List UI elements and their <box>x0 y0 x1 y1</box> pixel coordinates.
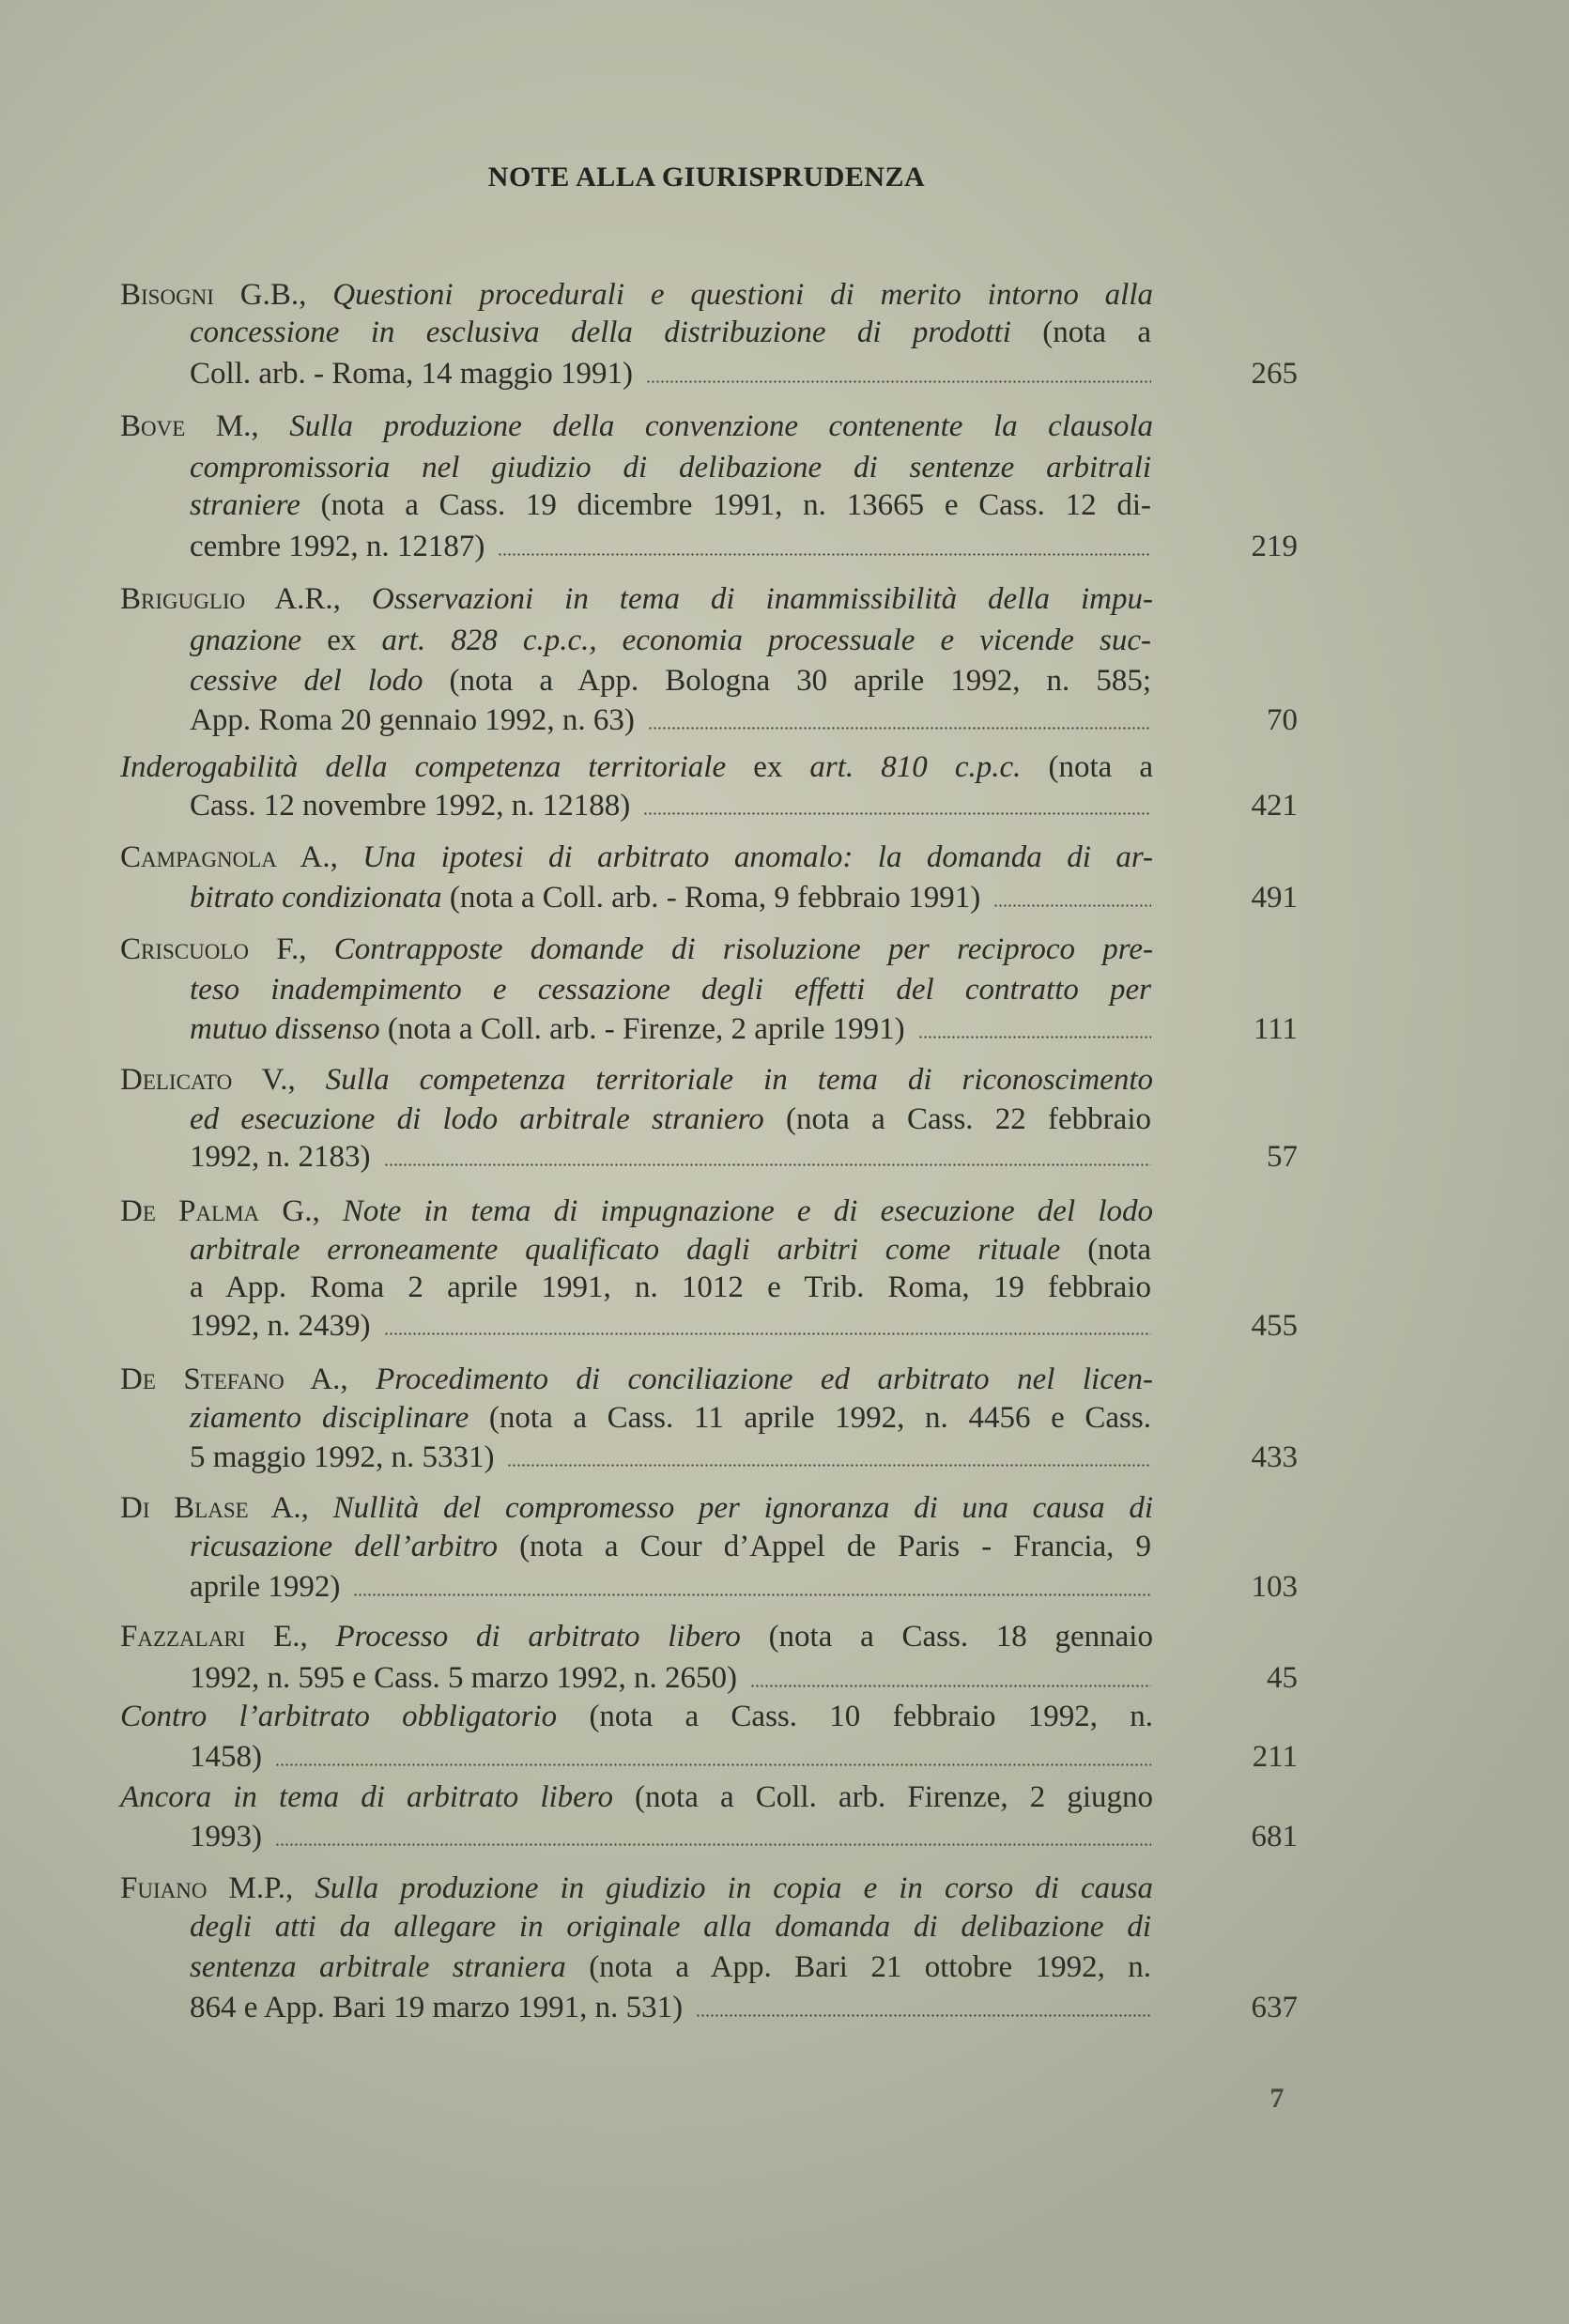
entry-line-text: Briguglio A.R., Osservazioni in tema di … <box>120 582 1153 616</box>
citation-text: (nota a Cass. 19 dicembre 1991, n. 13665… <box>300 488 1151 522</box>
article-title-text: Osservazioni in tema di inammissibilità … <box>372 582 1153 616</box>
citation-text: Cass. 12 novembre 1992, n. 12188) <box>190 789 630 823</box>
entry-line-text: bitrato condizionata (nota a Coll. arb. … <box>190 879 980 916</box>
entry-line-text: 1992, n. 2439) <box>190 1307 371 1345</box>
entry-line: degli atti da allegare in originale alla… <box>190 1908 1151 1946</box>
citation-text: 1992, n. 2439) <box>190 1309 371 1343</box>
article-title-text: degli atti da allegare in originale alla… <box>190 1910 1151 1944</box>
entry-line-text: mutuo dissenso (nota a Coll. arb. - Fire… <box>190 1010 905 1048</box>
entry-line-text: ziamento disciplinare (nota a Cass. 11 a… <box>190 1401 1151 1435</box>
dot-leader <box>384 1332 1152 1335</box>
entry-line-text: Bove M., Sulla produzione della convenzi… <box>120 409 1153 443</box>
page-reference: 455 <box>1221 1307 1298 1345</box>
entry-line: Fazzalari E., Processo di arbitrato libe… <box>120 1618 1153 1655</box>
author-surname: Bove <box>120 409 185 443</box>
article-title-text: arbitrale erroneamente qualificato dagli… <box>190 1233 1060 1267</box>
entry-line: mutuo dissenso (nota a Coll. arb. - Fire… <box>190 1010 1151 1048</box>
entry-line: Bisogni G.B., Questioni procedurali e qu… <box>120 276 1153 314</box>
entry-line-text: De Stefano A., Procedimento di conciliaz… <box>120 1362 1153 1396</box>
article-title-text: Nullità del compromesso per ignoranza di… <box>333 1491 1153 1525</box>
entry-line-text: cembre 1992, n. 12187) <box>190 528 485 565</box>
entry-line: 1993) <box>190 1818 1151 1855</box>
citation-text: 1992, n. 595 e Cass. 5 marzo 1992, n. 26… <box>190 1661 737 1695</box>
entry-line-text: degli atti da allegare in originale alla… <box>190 1910 1151 1944</box>
citation-text: (nota a Cass. 11 aprile 1992, n. 4456 e … <box>469 1401 1151 1435</box>
entry-line-text: 5 maggio 1992, n. 5331) <box>190 1439 494 1476</box>
entry-line-text: Delicato V., Sulla competenza territoria… <box>120 1063 1153 1097</box>
dot-leader <box>353 1593 1151 1596</box>
article-title-text: ed esecuzione di lodo arbitrale stranier… <box>190 1102 764 1136</box>
entry-line: Ancora in tema di arbitrato libero (nota… <box>120 1778 1153 1816</box>
entry-line: De Stefano A., Procedimento di conciliaz… <box>120 1361 1153 1398</box>
citation-text: 864 e App. Bari 19 marzo 1991, n. 531) <box>190 1991 683 2024</box>
entry-line-text: 864 e App. Bari 19 marzo 1991, n. 531) <box>190 1989 683 2026</box>
entry-line-text: arbitrale erroneamente qualificato dagli… <box>190 1233 1151 1267</box>
dot-leader <box>643 812 1151 815</box>
entry-line-text: Fuiano M.P., Sulla produzione in giudizi… <box>120 1871 1153 1905</box>
author-surname: De Palma <box>120 1194 259 1228</box>
article-title-text: Contro l’arbitrato obbligatorio <box>120 1700 557 1733</box>
citation-text: (nota a Cass. 18 gennaio <box>741 1620 1153 1654</box>
author-surname: Fazzalari <box>120 1620 245 1654</box>
entry-line-text: 1993) <box>190 1818 262 1855</box>
citation-text: E., <box>245 1620 335 1654</box>
entry-line-text: App. Roma 20 gennaio 1992, n. 63) <box>190 701 635 739</box>
page-reference: 491 <box>1221 879 1298 916</box>
entry-line-text: teso inadempimento e cessazione degli ef… <box>190 973 1151 1007</box>
entry-line-text: Campagnola A., Una ipotesi di arbitrato … <box>120 840 1153 874</box>
entry-line-text: Fazzalari E., Processo di arbitrato libe… <box>120 1620 1153 1654</box>
citation-text: F., <box>249 932 334 966</box>
entry-line: 1992, n. 595 e Cass. 5 marzo 1992, n. 26… <box>190 1659 1151 1697</box>
citation-text: (nota a App. Bologna 30 aprile 1992, n. … <box>423 664 1151 698</box>
entry-line: De Palma G., Note in tema di impugnazion… <box>120 1193 1153 1230</box>
page-number: 7 <box>1258 2083 1296 2115</box>
author-surname: Delicato <box>120 1063 232 1097</box>
article-title-text: Sulla produzione in giudizio in copia e … <box>315 1871 1153 1905</box>
citation-text: 5 maggio 1992, n. 5331) <box>190 1440 494 1474</box>
article-title-text: art. 828 c.p.c., economia processuale e … <box>381 623 1151 657</box>
article-title-text: cessive del lodo <box>190 664 423 698</box>
entry-line-text: ed esecuzione di lodo arbitrale stranier… <box>190 1102 1151 1136</box>
author-surname: De Stefano <box>120 1362 285 1396</box>
citation-text: (nota a Coll. arb. Firenze, 2 giugno <box>613 1780 1153 1814</box>
page-reference: 421 <box>1221 787 1298 824</box>
entry-line: a App. Roma 2 aprile 1991, n. 1012 e Tri… <box>190 1269 1151 1306</box>
entry-line: App. Roma 20 gennaio 1992, n. 63) <box>190 701 1151 739</box>
article-title-text: mutuo dissenso <box>190 1012 380 1046</box>
citation-text: (nota a <box>1021 750 1153 784</box>
entry-line-text: Cass. 12 novembre 1992, n. 12188) <box>190 787 630 824</box>
citation-text: A., <box>277 840 362 874</box>
citation-text: A., <box>285 1362 376 1396</box>
author-surname: Campagnola <box>120 840 277 874</box>
citation-text: a App. Roma 2 aprile 1991, n. 1012 e Tri… <box>190 1270 1151 1304</box>
entry-line: cembre 1992, n. 12187) <box>190 528 1151 565</box>
entry-line: Coll. arb. - Roma, 14 maggio 1991) <box>190 355 1151 392</box>
article-title-text: Inderogabilità della competenza territor… <box>120 750 726 784</box>
book-page: NOTE ALLA GIURISPRUDENZA Bisogni G.B., Q… <box>0 0 1569 2324</box>
entry-line: sentenza arbitrale straniera (nota a App… <box>190 1948 1151 1986</box>
article-title-text: straniere <box>190 488 300 522</box>
citation-text: V., <box>232 1063 326 1097</box>
author-surname: Briguglio <box>120 582 245 616</box>
entry-line: ricusazione dell’arbitro (nota a Cour d’… <box>190 1528 1151 1565</box>
author-surname: Di Blase <box>120 1491 249 1525</box>
article-title-text: Procedimento di conciliazione ed arbitra… <box>376 1362 1153 1396</box>
entry-line-text: Bisogni G.B., Questioni procedurali e qu… <box>120 278 1153 312</box>
page-title: NOTE ALLA GIURISPRUDENZA <box>0 162 1413 193</box>
article-title-text: Una ipotesi di arbitrato anomalo: la dom… <box>362 840 1153 874</box>
dot-leader <box>918 1036 1151 1039</box>
entry-line: 5 maggio 1992, n. 5331) <box>190 1439 1151 1476</box>
page-reference: 681 <box>1221 1818 1298 1855</box>
entry-line: ed esecuzione di lodo arbitrale stranier… <box>190 1100 1151 1138</box>
entry-line: arbitrale erroneamente qualificato dagli… <box>190 1231 1151 1269</box>
entry-line: Contro l’arbitrato obbligatorio (nota a … <box>120 1698 1153 1735</box>
entry-line-text: straniere (nota a Cass. 19 dicembre 1991… <box>190 488 1151 522</box>
entry-line: aprile 1992) <box>190 1568 1151 1606</box>
entry-line-text: aprile 1992) <box>190 1568 340 1606</box>
citation-text: ex <box>301 623 381 657</box>
article-title-text: Note in tema di impugnazione e di esecuz… <box>343 1194 1153 1228</box>
entry-line-text: 1458) <box>190 1738 262 1776</box>
entry-line: Bove M., Sulla produzione della convenzi… <box>120 408 1153 445</box>
article-title-text: Ancora in tema di arbitrato libero <box>120 1780 613 1814</box>
entry-line: Inderogabilità della competenza territor… <box>120 748 1153 786</box>
entry-line: gnazione ex art. 828 c.p.c., economia pr… <box>190 622 1151 659</box>
page-reference: 70 <box>1221 701 1298 739</box>
citation-text: cembre 1992, n. 12187) <box>190 530 485 563</box>
dot-leader <box>275 1843 1151 1846</box>
citation-text: (nota a <box>1011 316 1151 349</box>
page-reference: 219 <box>1221 528 1298 565</box>
article-title-text: concessione in esclusiva della distribuz… <box>190 316 1011 349</box>
entry-line-text: 1992, n. 595 e Cass. 5 marzo 1992, n. 26… <box>190 1659 737 1697</box>
citation-text: G., <box>259 1194 343 1228</box>
entry-line: 1992, n. 2183) <box>190 1138 1151 1176</box>
entry-line-text: ricusazione dell’arbitro (nota a Cour d’… <box>190 1530 1151 1563</box>
dot-leader <box>646 380 1151 383</box>
article-title-text: Contrapposte domande di risoluzione per … <box>334 932 1153 966</box>
citation-text: (nota a Cour d’Appel de Paris - Francia,… <box>498 1530 1151 1563</box>
citation-text: ex <box>726 750 809 784</box>
citation-text: (nota a Coll. arb. - Firenze, 2 aprile 1… <box>380 1012 905 1046</box>
article-title-text: Sulla competenza territoriale in tema di… <box>326 1063 1153 1097</box>
entry-line-text: gnazione ex art. 828 c.p.c., economia pr… <box>190 623 1151 657</box>
entry-line-text: Inderogabilità della competenza territor… <box>120 750 1153 784</box>
page-reference: 211 <box>1221 1738 1298 1776</box>
article-title-text: ziamento disciplinare <box>190 1401 469 1435</box>
page-reference: 637 <box>1221 1989 1298 2026</box>
article-title-text: teso inadempimento e cessazione degli ef… <box>190 973 1151 1007</box>
entry-line: bitrato condizionata (nota a Coll. arb. … <box>190 879 1151 916</box>
citation-text: (nota a Cass. 10 febbraio 1992, n. <box>557 1700 1153 1733</box>
page-reference: 433 <box>1221 1439 1298 1476</box>
entry-line: Campagnola A., Una ipotesi di arbitrato … <box>120 839 1153 876</box>
entry-line-text: cessive del lodo (nota a App. Bologna 30… <box>190 664 1151 698</box>
citation-text: A.R., <box>245 582 372 616</box>
entry-line: Cass. 12 novembre 1992, n. 12188) <box>190 787 1151 824</box>
entry-line-text: Criscuolo F., Contrapposte domande di ri… <box>120 932 1153 966</box>
entry-line-text: 1992, n. 2183) <box>190 1138 371 1176</box>
article-title-text: ricusazione dell’arbitro <box>190 1530 498 1563</box>
citation-text: Coll. arb. - Roma, 14 maggio 1991) <box>190 357 633 391</box>
entry-line: Criscuolo F., Contrapposte domande di ri… <box>120 931 1153 968</box>
entry-line-text: Coll. arb. - Roma, 14 maggio 1991) <box>190 355 633 392</box>
dot-leader <box>648 727 1151 730</box>
citation-text: (nota a App. Bari 21 ottobre 1992, n. <box>566 1950 1151 1984</box>
page-reference: 45 <box>1221 1659 1298 1697</box>
citation-text: 1992, n. 2183) <box>190 1140 371 1174</box>
dot-leader <box>507 1464 1151 1467</box>
entry-line: compromissoria nel giudizio di delibazio… <box>190 449 1151 486</box>
article-title-text: art. 810 c.p.c. <box>809 750 1021 784</box>
dot-leader <box>384 1163 1152 1166</box>
citation-text: (nota a Coll. arb. - Roma, 9 febbraio 19… <box>442 881 981 915</box>
author-surname: Criscuolo <box>120 932 249 966</box>
citation-text: (nota <box>1060 1233 1151 1267</box>
article-title-text: gnazione <box>190 623 301 657</box>
page-reference: 57 <box>1221 1138 1298 1176</box>
citation-text: aprile 1992) <box>190 1570 340 1604</box>
article-title-text: bitrato condizionata <box>190 881 442 915</box>
article-title-text: Sulla produzione della convenzione conte… <box>289 409 1153 443</box>
entry-line-text: Ancora in tema di arbitrato libero (nota… <box>120 1780 1153 1814</box>
citation-text: App. Roma 20 gennaio 1992, n. 63) <box>190 703 635 737</box>
entry-line: teso inadempimento e cessazione degli ef… <box>190 971 1151 1008</box>
entry-line: ziamento disciplinare (nota a Cass. 11 a… <box>190 1399 1151 1437</box>
entry-line: cessive del lodo (nota a App. Bologna 30… <box>190 662 1151 700</box>
citation-text: 1458) <box>190 1740 262 1774</box>
entry-line: straniere (nota a Cass. 19 dicembre 1991… <box>190 486 1151 524</box>
author-surname: Fuiano <box>120 1871 207 1905</box>
entry-line-text: De Palma G., Note in tema di impugnazion… <box>120 1194 1153 1228</box>
citation-text: M.P., <box>207 1871 315 1905</box>
entry-line: 1992, n. 2439) <box>190 1307 1151 1345</box>
author-surname: Bisogni <box>120 278 214 312</box>
dot-leader <box>275 1763 1151 1766</box>
entry-line-text: compromissoria nel giudizio di delibazio… <box>190 451 1151 485</box>
citation-text: G.B., <box>214 278 332 312</box>
entry-line: Di Blase A., Nullità del compromesso per… <box>120 1489 1153 1527</box>
page-reference: 111 <box>1221 1010 1298 1048</box>
entry-line: concessione in esclusiva della distribuz… <box>190 314 1151 351</box>
entry-line-text: a App. Roma 2 aprile 1991, n. 1012 e Tri… <box>190 1270 1151 1304</box>
entry-line: 864 e App. Bari 19 marzo 1991, n. 531) <box>190 1989 1151 2026</box>
citation-text: A., <box>249 1491 333 1525</box>
dot-leader <box>750 1685 1151 1687</box>
citation-text: 1993) <box>190 1820 262 1854</box>
citation-text: (nota a Cass. 22 febbraio <box>764 1102 1151 1136</box>
citation-text: M., <box>185 409 289 443</box>
entry-line-text: concessione in esclusiva della distribuz… <box>190 316 1151 349</box>
article-title-text: Questioni procedurali e questioni di mer… <box>332 278 1153 312</box>
dot-leader <box>993 904 1151 907</box>
entry-line: Delicato V., Sulla competenza territoria… <box>120 1061 1153 1099</box>
article-title-text: compromissoria nel giudizio di delibazio… <box>190 451 1151 485</box>
entry-line-text: sentenza arbitrale straniera (nota a App… <box>190 1950 1151 1984</box>
dot-leader <box>696 2014 1151 2017</box>
entry-line-text: Di Blase A., Nullità del compromesso per… <box>120 1491 1153 1525</box>
article-title-text: sentenza arbitrale straniera <box>190 1950 566 1984</box>
entry-line: Fuiano M.P., Sulla produzione in giudizi… <box>120 1870 1153 1907</box>
page-reference: 103 <box>1221 1568 1298 1606</box>
article-title-text: Processo di arbitrato libero <box>335 1620 740 1654</box>
entry-line: Briguglio A.R., Osservazioni in tema di … <box>120 580 1153 618</box>
entry-line-text: Contro l’arbitrato obbligatorio (nota a … <box>120 1700 1153 1733</box>
page-reference: 265 <box>1221 355 1298 392</box>
dot-leader <box>498 553 1151 556</box>
entry-line: 1458) <box>190 1738 1151 1776</box>
